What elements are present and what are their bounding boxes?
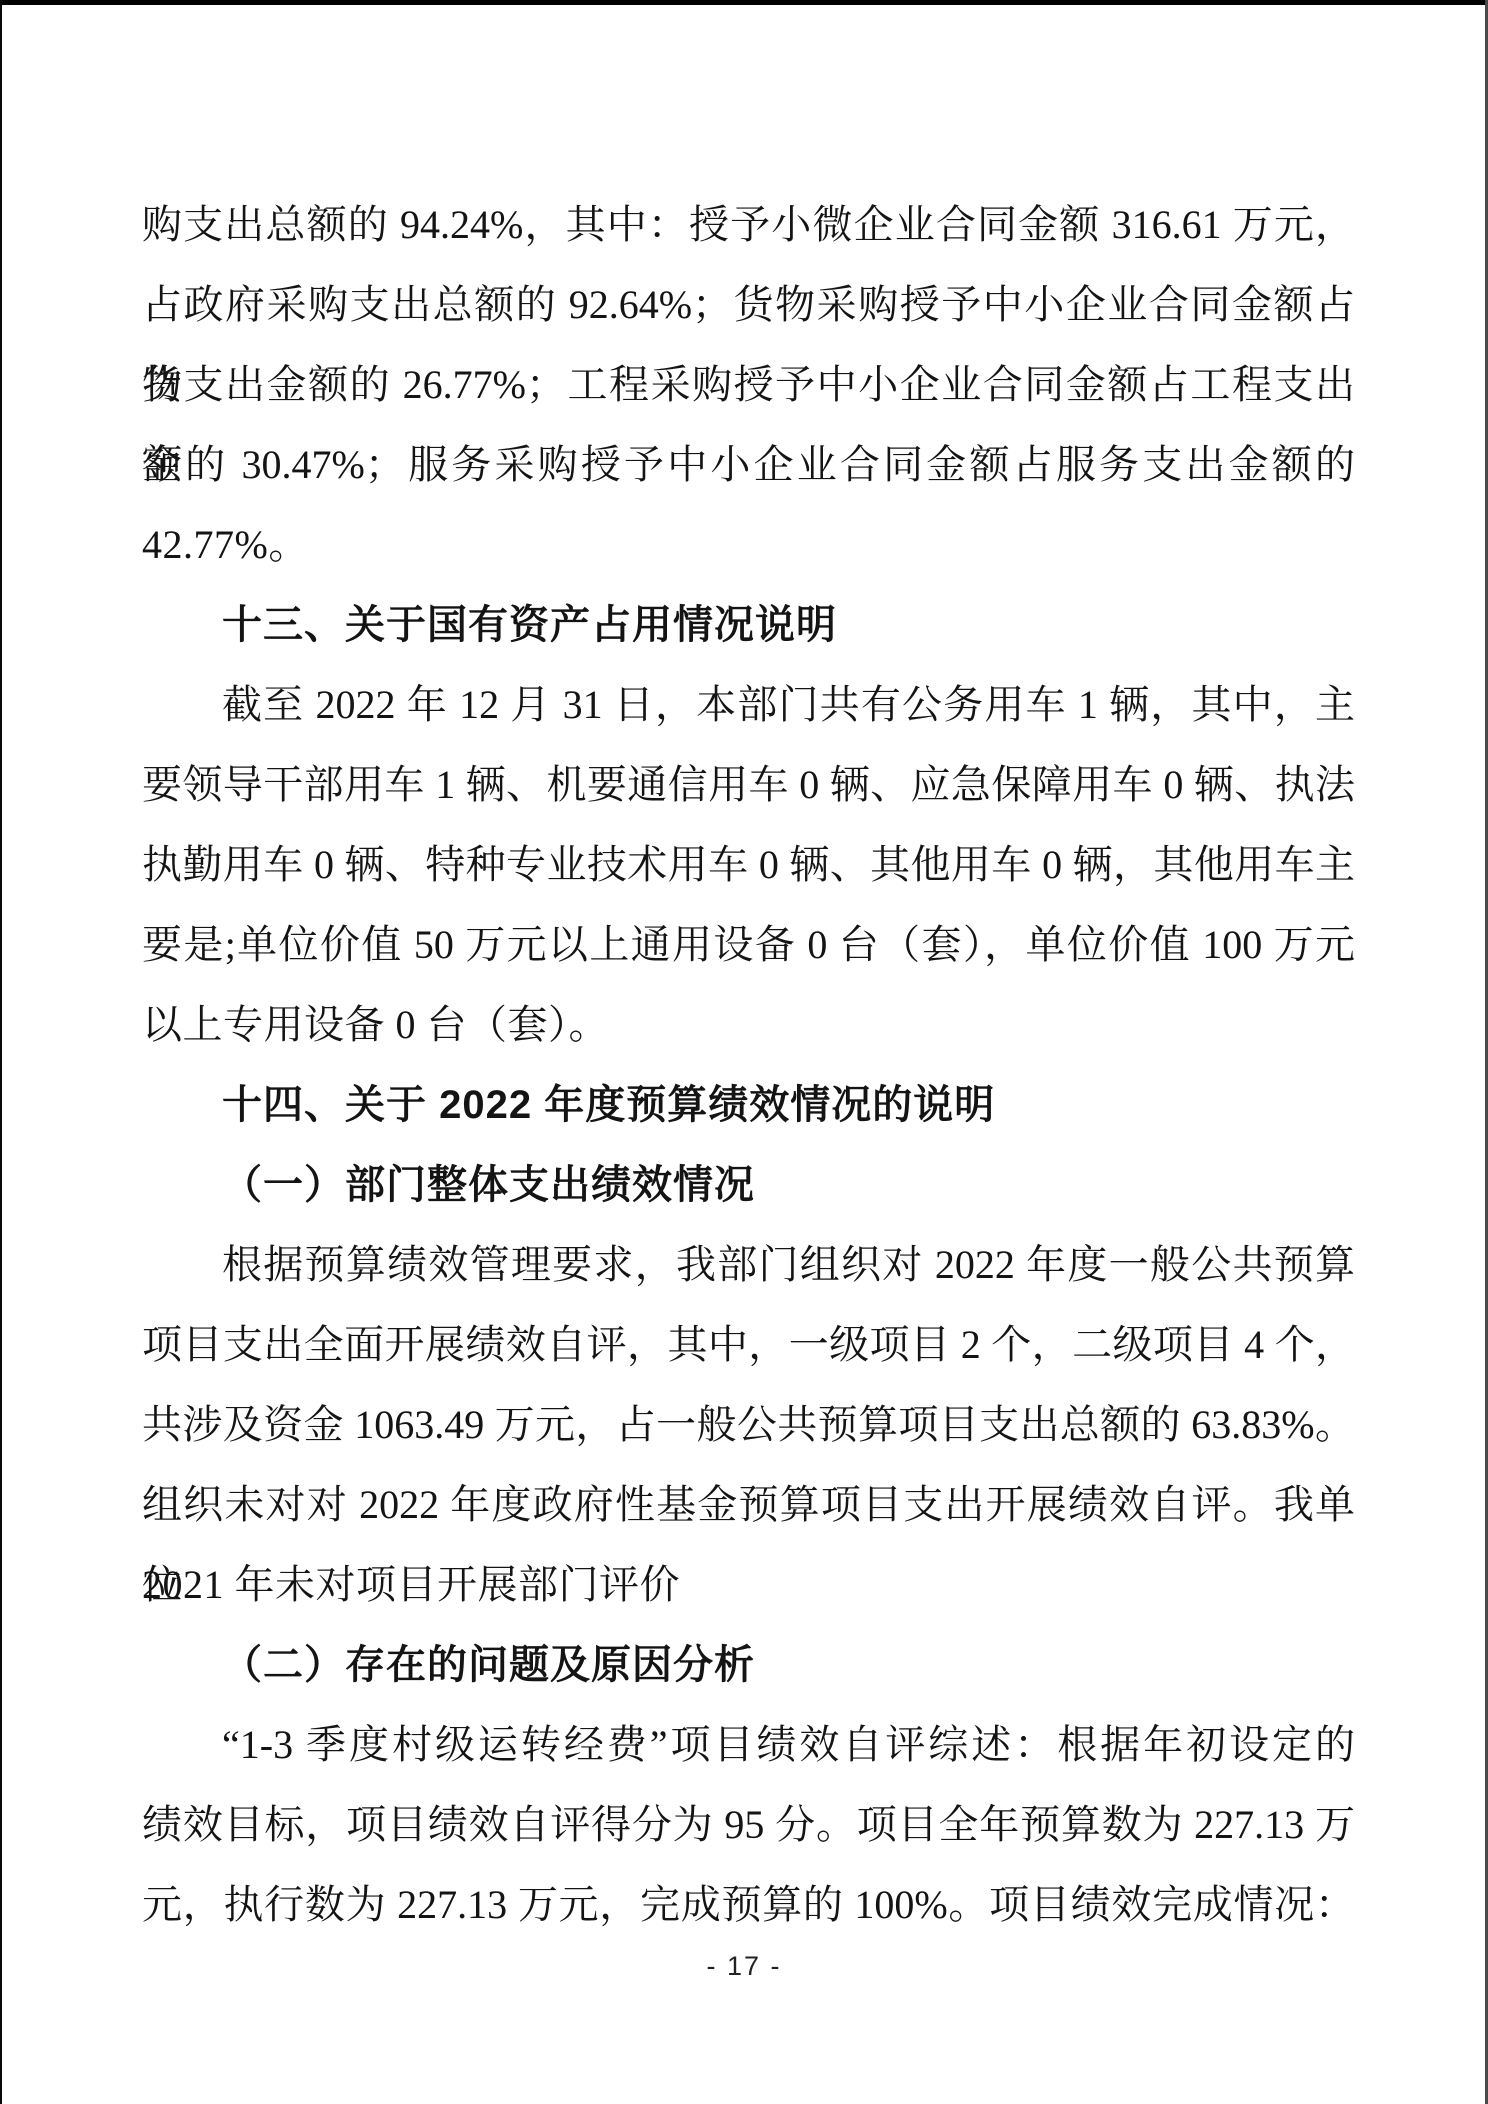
text-line: 购支出总额的 94.24%，其中：授予小微企业合同金额 316.61 万元， — [142, 185, 1355, 265]
text-line: 项目支出全面开展绩效自评，其中，一级项目 2 个，二级项目 4 个， — [142, 1305, 1355, 1385]
heading-line: （一）部门整体支出绩效情况 — [142, 1145, 1355, 1225]
document-page: 购支出总额的 94.24%，其中：授予小微企业合同金额 316.61 万元，占政… — [0, 0, 1488, 2104]
text-line: 元，执行数为 227.13 万元，完成预算的 100%。项目绩效完成情况： — [142, 1865, 1355, 1945]
heading-line: 十四、关于 2022 年度预算绩效情况的说明 — [142, 1065, 1355, 1145]
text-line: 要领导干部用车 1 辆、机要通信用车 0 辆、应急保障用车 0 辆、执法 — [142, 745, 1355, 825]
document-content: 购支出总额的 94.24%，其中：授予小微企业合同金额 316.61 万元，占政… — [142, 185, 1355, 1945]
text-line: 执勤用车 0 辆、特种专业技术用车 0 辆、其他用车 0 辆，其他用车主 — [142, 825, 1355, 905]
page-number: - 17 - — [0, 1944, 1488, 1988]
text-line: 42.77%。 — [142, 505, 1355, 585]
text-line: 共涉及资金 1063.49 万元，占一般公共预算项目支出总额的 63.83%。 — [142, 1385, 1355, 1465]
text-line: “1-3 季度村级运转经费”项目绩效自评综述：根据年初设定的 — [142, 1705, 1355, 1785]
text-line: 物支出金额的 26.77%；工程采购授予中小企业合同金额占工程支出金 — [142, 345, 1355, 425]
text-line: 组织未对对 2022 年度政府性基金预算项目支出开展绩效自评。我单位 — [142, 1465, 1355, 1545]
text-line: 以上专用设备 0 台（套）。 — [142, 985, 1355, 1065]
text-line: 截至 2022 年 12 月 31 日，本部门共有公务用车 1 辆，其中，主 — [142, 665, 1355, 745]
scan-edge-top — [0, 0, 1488, 5]
scan-edge-left — [0, 0, 2, 2104]
text-line: 额的 30.47%；服务采购授予中小企业合同金额占服务支出金额的 — [142, 425, 1355, 505]
text-line: 2021 年未对项目开展部门评价 — [142, 1545, 1355, 1625]
text-line: 根据预算绩效管理要求，我部门组织对 2022 年度一般公共预算 — [142, 1225, 1355, 1305]
heading-line: 十三、关于国有资产占用情况说明 — [142, 585, 1355, 665]
text-line: 要是;单位价值 50 万元以上通用设备 0 台（套），单位价值 100 万元 — [142, 905, 1355, 985]
text-line: 绩效目标，项目绩效自评得分为 95 分。项目全年预算数为 227.13 万 — [142, 1785, 1355, 1865]
heading-line: （二）存在的问题及原因分析 — [142, 1625, 1355, 1705]
text-line: 占政府采购支出总额的 92.64%；货物采购授予中小企业合同金额占货 — [142, 265, 1355, 345]
